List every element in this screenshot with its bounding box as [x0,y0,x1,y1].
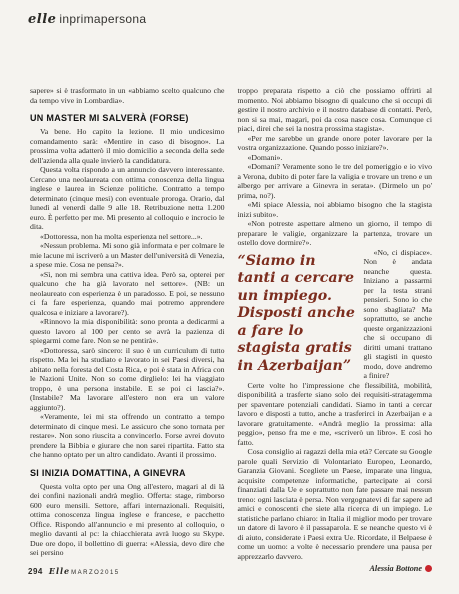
section-title: inprimapersona [59,12,146,26]
magazine-page: elle inprimapersona sapere» si è trasfor… [0,0,459,594]
paragraph: Questa volta opto per una Ong all'estero… [30,482,225,558]
paragraph: «Non potreste aspettare almeno un giorno… [238,219,433,248]
paragraph: sapere» si è trasformato in un «abbiamo … [30,86,225,105]
byline: Alessia Bottone [238,564,433,573]
paragraph: «Dottoressa, non ha molta esperienza nel… [30,232,225,242]
paragraph: «Domani? Veramente sono le tre del pomer… [238,162,433,200]
author-marker-icon [425,565,432,572]
paragraph: «Nessun problema. Mi sono già informata … [30,241,225,270]
paragraph: «Mi spiace Alessia, noi abbiamo bisogno … [238,200,433,219]
article-body: sapere» si è trasformato in un «abbiamo … [30,86,432,573]
page-header: elle inprimapersona [28,12,146,27]
paragraph: «Per me sarebbe un grande onore poter la… [238,134,433,153]
column-right: troppo preparata rispetto a ciò che poss… [238,86,433,573]
magazine-name: Elle [49,566,70,576]
issue-date: MARZO2015 [71,570,120,576]
pull-quote: “Siamo in tanti a cercare un impiego. Di… [238,253,357,376]
section-heading-ginevra: SI INIZIA DOMATTINA, A GINEVRA [30,468,225,478]
paragraph: Certe volte ho l'impressione che flessib… [238,381,433,448]
author-name: Alessia Bottone [369,564,422,573]
page-footer: 294 Elle MARZO2015 [28,566,120,576]
column-left: sapere» si è trasformato in un «abbiamo … [30,86,225,573]
paragraph: «Dottoressa, sarò sincero: il suo è un c… [30,346,225,413]
paragraph: «Veramente, lei mi sta offrendo un contr… [30,412,225,460]
paragraph: Va bene. Ho capito la lezione. Il mio un… [30,127,225,165]
paragraph: Questa volta rispondo a un annuncio davv… [30,165,225,232]
paragraph: troppo preparata rispetto a ciò che poss… [238,86,433,134]
paragraph: Cosa consiglio ai ragazzi della mia età?… [238,447,433,561]
section-heading-master: UN MASTER MI SALVERÀ (FORSE) [30,113,225,123]
page-number: 294 [28,567,43,576]
brand-logo: elle [28,12,56,27]
paragraph: «Sì, non mi sembra una cattiva idea. Per… [30,270,225,318]
paragraph: «Rinnovo la mia disponibilità: sono pron… [30,317,225,346]
paragraph: «Domani». [238,153,433,163]
